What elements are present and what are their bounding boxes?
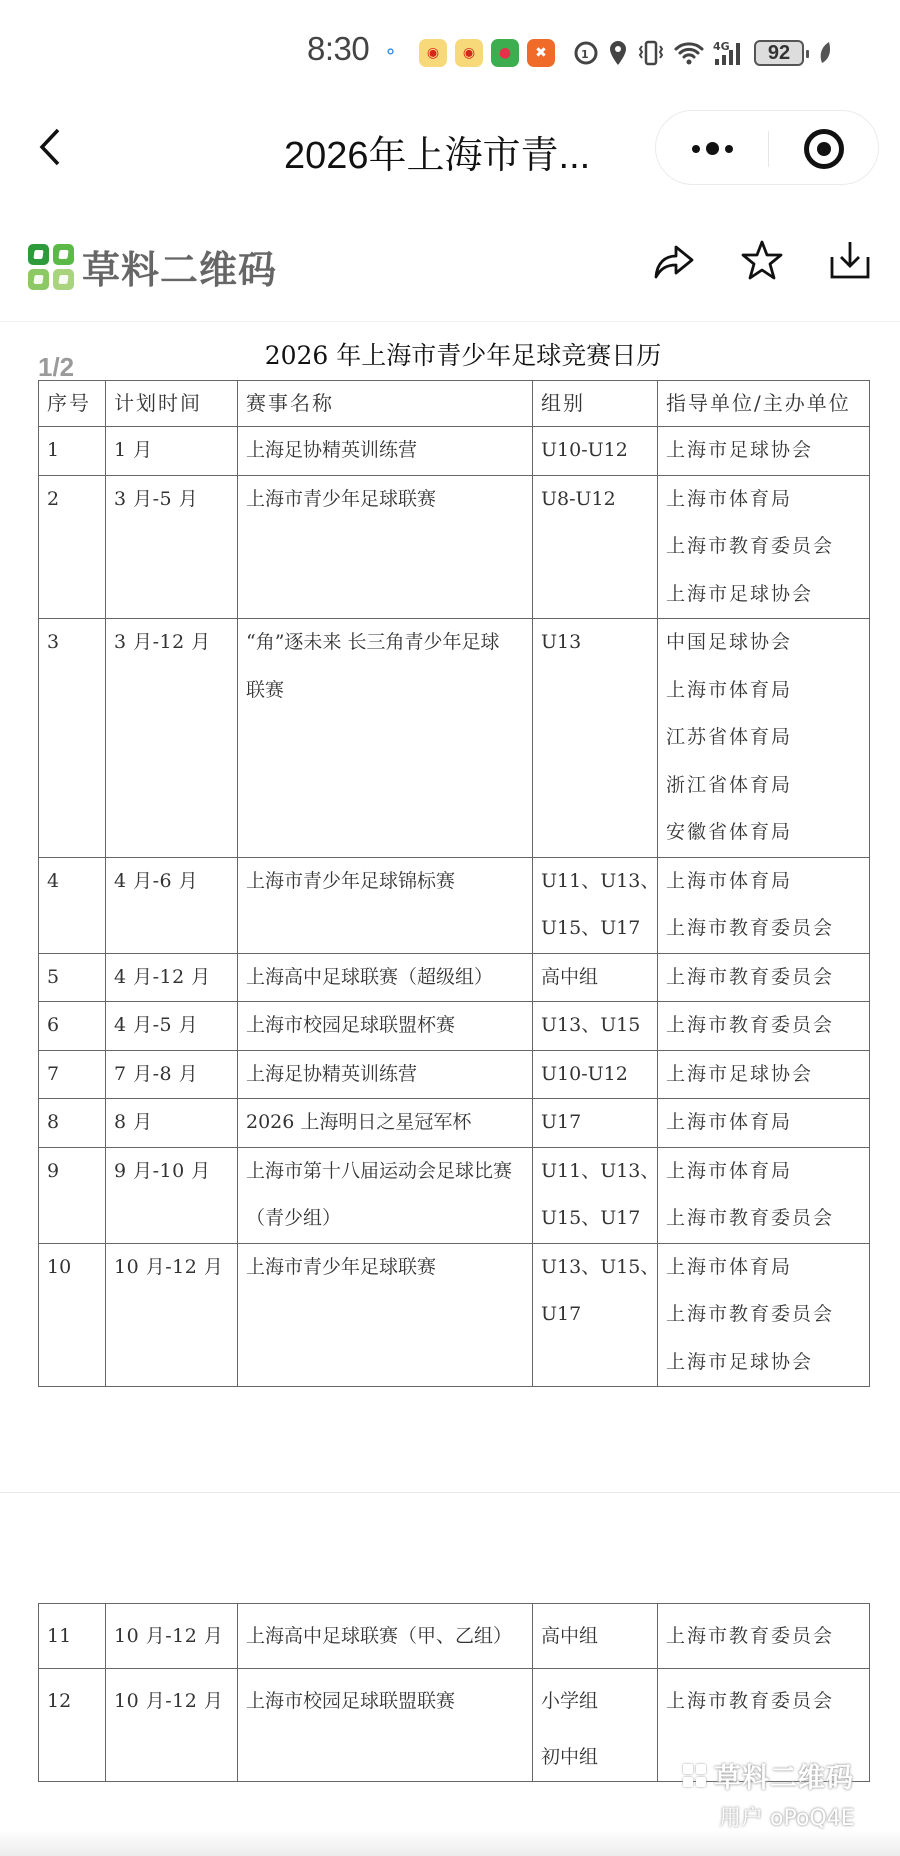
cell-organizer-text: 上海市体育局 xyxy=(666,1244,869,1292)
download-button[interactable] xyxy=(826,236,874,284)
cell-group: U11、U13、U15、U17 xyxy=(533,857,658,953)
cell-group: U13、U15 xyxy=(533,1002,658,1051)
share-button[interactable] xyxy=(650,236,698,284)
cell-no-text: 5 xyxy=(47,954,105,1002)
competition-calendar-table: 序号 计划时间 赛事名称 组别 指导单位/主办单位 11 月上海足协精英训练营U… xyxy=(38,380,870,1387)
cell-no: 8 xyxy=(39,1099,106,1148)
app-header: 草料二维码 xyxy=(0,200,900,322)
header-actions xyxy=(650,236,874,284)
cell-event-name: 上海足协精英训练营 xyxy=(238,427,533,476)
cell-group-text: 高中组 xyxy=(541,954,657,1002)
column-header-event: 赛事名称 xyxy=(238,381,533,427)
table-row: 54 月-12 月上海高中足球联赛（超级组）高中组上海市教育委员会 xyxy=(39,953,870,1002)
cell-event-name-text: （青少组） xyxy=(246,1195,532,1243)
column-header-organizer: 指导单位/主办单位 xyxy=(658,381,870,427)
cell-no-text: 10 xyxy=(47,1244,105,1292)
cell-event-name: 上海市第十八届运动会足球比赛（青少组） xyxy=(238,1147,533,1243)
orange-app-icon: ✖ xyxy=(527,39,555,67)
cell-group: 小学组初中组 xyxy=(533,1669,658,1782)
notification-icons: ⚬ ◉ ◉ ● ✖ xyxy=(383,36,555,70)
cell-no: 5 xyxy=(39,953,106,1002)
cell-organizer-text: 上海市教育委员会 xyxy=(666,523,869,571)
cell-event-name: 上海市青少年足球联赛 xyxy=(238,1243,533,1387)
back-button[interactable] xyxy=(30,122,70,172)
cell-event-name: “角”逐未来 长三角青少年足球联赛 xyxy=(238,619,533,858)
table-row: 1110 月-12 月上海高中足球联赛（甲、乙组）高中组上海市教育委员会 xyxy=(39,1604,870,1669)
download-icon xyxy=(828,239,872,281)
cell-group-text: U11、U13、 xyxy=(541,858,657,906)
cell-time: 3 月-12 月 xyxy=(106,619,238,858)
vibrate-icon xyxy=(637,40,665,66)
cell-time-text: 3 月-12 月 xyxy=(114,619,237,667)
cell-event-name-text: 上海高中足球联赛（甲、乙组） xyxy=(246,1604,532,1668)
cell-organizer-text: 上海市足球协会 xyxy=(666,571,869,619)
table-row: 88 月2026 上海明日之星冠军杯U17上海市体育局 xyxy=(39,1099,870,1148)
logo-mark-icon xyxy=(28,244,74,290)
cell-no-text: 12 xyxy=(47,1669,105,1733)
capsule-menu xyxy=(655,110,879,185)
cell-no: 1 xyxy=(39,427,106,476)
target-circle-icon xyxy=(804,129,844,169)
cell-organizer-text: 上海市教育委员会 xyxy=(666,1669,869,1733)
cell-event-name: 2026 上海明日之星冠军杯 xyxy=(238,1099,533,1148)
cell-group-text: 小学组 xyxy=(541,1669,657,1733)
mini-program-nav-bar: 2026年上海市青... xyxy=(0,100,900,200)
watermark-brand: 草料二维码 xyxy=(683,1756,855,1795)
table-header-row: 序号 计划时间 赛事名称 组别 指导单位/主办单位 xyxy=(39,381,870,427)
table-row: 1010 月-12 月上海市青少年足球联赛U13、U15、U17上海市体育局上海… xyxy=(39,1243,870,1387)
cell-group-text: 初中组 xyxy=(541,1733,657,1781)
green-app-icon: ● xyxy=(491,39,519,67)
cell-group: U10-U12 xyxy=(533,1050,658,1099)
cell-organizer-text: 浙江省体育局 xyxy=(666,762,869,810)
cell-organizer: 上海市足球协会 xyxy=(658,1050,870,1099)
cell-time-text: 10 月-12 月 xyxy=(114,1244,237,1292)
column-header-group: 组别 xyxy=(533,381,658,427)
cell-organizer: 上海市体育局上海市教育委员会上海市足球协会 xyxy=(658,1243,870,1387)
cell-event-name: 上海高中足球联赛（甲、乙组） xyxy=(238,1604,533,1669)
cell-organizer-text: 上海市教育委员会 xyxy=(666,1291,869,1339)
cell-organizer: 上海市体育局上海市教育委员会 xyxy=(658,857,870,953)
cell-organizer-text: 上海市足球协会 xyxy=(666,1339,869,1387)
watermark-logo-icon xyxy=(683,1764,706,1787)
cell-time: 10 月-12 月 xyxy=(106,1604,238,1669)
4g-signal-icon: 4G xyxy=(713,39,745,67)
table-row: 23 月-5 月上海市青少年足球联赛U8-U12上海市体育局上海市教育委员会上海… xyxy=(39,475,870,619)
cell-group-text: U17 xyxy=(541,1099,657,1147)
cell-no: 6 xyxy=(39,1002,106,1051)
cell-time-text: 4 月-6 月 xyxy=(114,858,237,906)
cell-group: U10-U12 xyxy=(533,427,658,476)
cell-group: U8-U12 xyxy=(533,475,658,619)
table-row: 44 月-6 月上海市青少年足球锦标赛U11、U13、U15、U17上海市体育局… xyxy=(39,857,870,953)
cell-time-text: 4 月-12 月 xyxy=(114,954,237,1002)
cell-time: 3 月-5 月 xyxy=(106,475,238,619)
cell-time: 1 月 xyxy=(106,427,238,476)
watermark-user: 用户 oPoQ4E xyxy=(719,1801,855,1832)
bottom-fade xyxy=(0,1830,900,1856)
share-arrow-icon xyxy=(652,239,696,281)
cell-organizer-text: 上海市足球协会 xyxy=(666,1051,869,1099)
cell-event-name-text: 上海市青少年足球联赛 xyxy=(246,1244,532,1292)
data-saver-icon: 1 xyxy=(573,40,599,66)
cell-event-name-text: 2026 上海明日之星冠军杯 xyxy=(246,1099,532,1147)
cell-group-text: 高中组 xyxy=(541,1604,657,1668)
page-title: 2026年上海市青... xyxy=(284,124,590,179)
cell-organizer-text: 江苏省体育局 xyxy=(666,714,869,762)
brand-logo: 草料二维码 xyxy=(28,239,277,294)
cell-no-text: 3 xyxy=(47,619,105,667)
system-icons: 1 4G 92 xyxy=(573,36,833,70)
column-header-time: 计划时间 xyxy=(106,381,238,427)
cell-no-text: 9 xyxy=(47,1148,105,1196)
more-dots-icon xyxy=(692,145,700,153)
cell-no-text: 4 xyxy=(47,858,105,906)
cell-group-text: U15、U17 xyxy=(541,1195,657,1243)
cell-event-name-text: 上海足协精英训练营 xyxy=(246,427,532,475)
cell-group-text: U17 xyxy=(541,1291,657,1339)
cell-no-text: 8 xyxy=(47,1099,105,1147)
cell-time-text: 10 月-12 月 xyxy=(114,1669,237,1733)
cell-time: 10 月-12 月 xyxy=(106,1669,238,1782)
cell-time-text: 10 月-12 月 xyxy=(114,1604,237,1668)
cell-organizer: 上海市体育局上海市教育委员会 xyxy=(658,1147,870,1243)
cell-event-name-text: 上海市校园足球联盟联赛 xyxy=(246,1669,532,1733)
qq-mail-icon: ⚬ xyxy=(383,42,405,64)
cell-time: 8 月 xyxy=(106,1099,238,1148)
cell-organizer-text: 中国足球协会 xyxy=(666,619,869,667)
more-button[interactable] xyxy=(656,111,768,186)
weibo-icon: ◉ xyxy=(455,39,483,67)
cell-organizer: 上海市足球协会 xyxy=(658,427,870,476)
cell-no-text: 6 xyxy=(47,1002,105,1050)
cell-organizer-text: 上海市体育局 xyxy=(666,858,869,906)
cell-no: 4 xyxy=(39,857,106,953)
watermark-brand-text: 草料二维码 xyxy=(714,1756,854,1795)
cell-time-text: 1 月 xyxy=(114,427,237,475)
cell-no: 12 xyxy=(39,1669,106,1782)
cell-no: 9 xyxy=(39,1147,106,1243)
cell-event-name-text: 上海市第十八届运动会足球比赛 xyxy=(246,1148,532,1196)
svg-text:4G: 4G xyxy=(713,40,730,53)
cell-group: 高中组 xyxy=(533,1604,658,1669)
cell-event-name-text: 上海足协精英训练营 xyxy=(246,1051,532,1099)
cell-time: 4 月-6 月 xyxy=(106,857,238,953)
cell-group-text: U8-U12 xyxy=(541,476,657,524)
cell-group-text: U11、U13、 xyxy=(541,1148,657,1196)
cell-no: 11 xyxy=(39,1604,106,1669)
cell-group-text: U10-U12 xyxy=(541,427,657,475)
cell-group-text: U13 xyxy=(541,619,657,667)
cell-organizer-text: 上海市体育局 xyxy=(666,476,869,524)
cell-group-text: U13、U15、 xyxy=(541,1244,657,1292)
cell-group: U13、U15、U17 xyxy=(533,1243,658,1387)
cell-no-text: 2 xyxy=(47,476,105,524)
table-row: 64 月-5 月上海市校园足球联盟杯赛U13、U15上海市教育委员会 xyxy=(39,1002,870,1051)
cell-event-name: 上海市青少年足球锦标赛 xyxy=(238,857,533,953)
cell-organizer-text: 上海市教育委员会 xyxy=(666,954,869,1002)
star-icon xyxy=(740,239,784,281)
cell-time: 4 月-12 月 xyxy=(106,953,238,1002)
cell-time: 7 月-8 月 xyxy=(106,1050,238,1099)
cell-organizer-text: 上海市体育局 xyxy=(666,667,869,715)
document-title: 2026 年上海市青少年足球竞赛日历 xyxy=(0,336,900,372)
column-header-no: 序号 xyxy=(39,381,106,427)
cell-organizer: 上海市体育局 xyxy=(658,1099,870,1148)
cell-time: 10 月-12 月 xyxy=(106,1243,238,1387)
more-dots-icon-center xyxy=(706,142,719,155)
cell-event-name: 上海市青少年足球联赛 xyxy=(238,475,533,619)
cell-event-name-text: 上海市青少年足球联赛 xyxy=(246,476,532,524)
cell-group-text: U10-U12 xyxy=(541,1051,657,1099)
cell-organizer-text: 安徽省体育局 xyxy=(666,809,869,857)
cell-organizer: 上海市教育委员会 xyxy=(658,1002,870,1051)
cell-time-text: 4 月-5 月 xyxy=(114,1002,237,1050)
cell-no-text: 11 xyxy=(47,1604,105,1668)
cell-group: U13 xyxy=(533,619,658,858)
table-row: 33 月-12 月“角”逐未来 长三角青少年足球联赛U13中国足球协会上海市体育… xyxy=(39,619,870,858)
chevron-left-icon xyxy=(30,122,70,172)
cell-organizer-text: 上海市体育局 xyxy=(666,1099,869,1147)
cell-organizer: 上海市教育委员会 xyxy=(658,953,870,1002)
cell-group: U11、U13、U15、U17 xyxy=(533,1147,658,1243)
cell-event-name: 上海高中足球联赛（超级组） xyxy=(238,953,533,1002)
close-mini-program-button[interactable] xyxy=(768,111,880,186)
table-row: 11 月上海足协精英训练营U10-U12上海市足球协会 xyxy=(39,427,870,476)
cell-group-text: U15、U17 xyxy=(541,905,657,953)
cell-organizer-text: 上海市教育委员会 xyxy=(666,905,869,953)
cell-no-text: 7 xyxy=(47,1051,105,1099)
cell-organizer: 上海市体育局上海市教育委员会上海市足球协会 xyxy=(658,475,870,619)
more-dots-icon-right xyxy=(725,145,733,153)
status-time: 8:30 xyxy=(307,30,369,68)
document-title-text: 2026 年上海市青少年足球竞赛日历 xyxy=(265,341,662,370)
cell-event-name: 上海足协精英训练营 xyxy=(238,1050,533,1099)
cell-no: 10 xyxy=(39,1243,106,1387)
page-separator xyxy=(0,1492,900,1493)
status-bar: 8:30 ⚬ ◉ ◉ ● ✖ 1 4G 92 xyxy=(0,0,900,100)
watermark: 草料二维码 用户 oPoQ4E xyxy=(683,1756,855,1832)
cell-organizer-text: 上海市体育局 xyxy=(666,1148,869,1196)
cell-no: 3 xyxy=(39,619,106,858)
cell-organizer-text: 上海市足球协会 xyxy=(666,427,869,475)
cell-time-text: 3 月-5 月 xyxy=(114,476,237,524)
cell-time: 4 月-5 月 xyxy=(106,1002,238,1051)
cell-event-name-text: 上海高中足球联赛（超级组） xyxy=(246,954,532,1002)
cell-group: U17 xyxy=(533,1099,658,1148)
battery-saver-leaf-icon xyxy=(819,41,833,65)
table-row: 77 月-8 月上海足协精英训练营U10-U12上海市足球协会 xyxy=(39,1050,870,1099)
battery-indicator: 92 xyxy=(754,40,804,66)
table-row: 99 月-10 月上海市第十八届运动会足球比赛（青少组）U11、U13、U15、… xyxy=(39,1147,870,1243)
weibo-icon: ◉ xyxy=(419,39,447,67)
cell-time: 9 月-10 月 xyxy=(106,1147,238,1243)
wifi-icon xyxy=(674,40,704,66)
target-dot xyxy=(817,142,831,156)
page-indicator: 1/2 xyxy=(38,352,74,383)
favorite-button[interactable] xyxy=(738,236,786,284)
cell-event-name: 上海市校园足球联盟联赛 xyxy=(238,1669,533,1782)
cell-group: 高中组 xyxy=(533,953,658,1002)
brand-name: 草料二维码 xyxy=(82,239,277,294)
cell-no: 7 xyxy=(39,1050,106,1099)
cell-organizer: 上海市教育委员会 xyxy=(658,1604,870,1669)
cell-group-text: U13、U15 xyxy=(541,1002,657,1050)
cell-organizer-text: 上海市教育委员会 xyxy=(666,1002,869,1050)
cell-organizer: 中国足球协会上海市体育局江苏省体育局浙江省体育局安徽省体育局 xyxy=(658,619,870,858)
cell-time-text: 8 月 xyxy=(114,1099,237,1147)
cell-organizer-text: 上海市教育委员会 xyxy=(666,1604,869,1668)
cell-event-name-text: 上海市青少年足球锦标赛 xyxy=(246,858,532,906)
cell-event-name-text: “角”逐未来 长三角青少年足球 xyxy=(246,619,532,667)
cell-no: 2 xyxy=(39,475,106,619)
cell-event-name: 上海市校园足球联盟杯赛 xyxy=(238,1002,533,1051)
cell-time-text: 7 月-8 月 xyxy=(114,1051,237,1099)
cell-no-text: 1 xyxy=(47,427,105,475)
location-icon xyxy=(608,40,628,66)
cell-event-name-text: 上海市校园足球联盟杯赛 xyxy=(246,1002,532,1050)
cell-event-name-text: 联赛 xyxy=(246,667,532,715)
cell-organizer-text: 上海市教育委员会 xyxy=(666,1195,869,1243)
cell-time-text: 9 月-10 月 xyxy=(114,1148,237,1196)
svg-text:1: 1 xyxy=(581,48,589,61)
